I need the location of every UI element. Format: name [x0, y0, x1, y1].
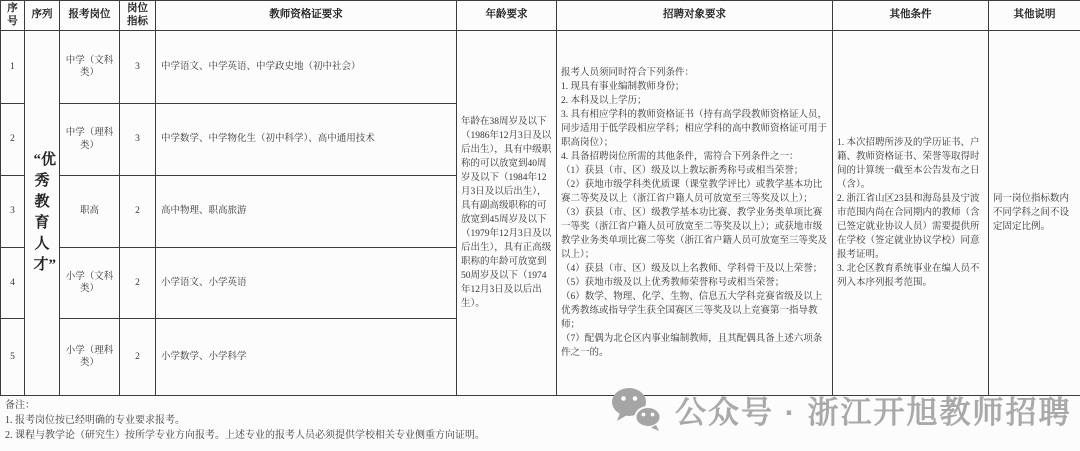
- header-other-notes: 其他说明: [989, 1, 1080, 31]
- cell-serial: 4: [1, 248, 25, 319]
- cell-position: 小学（理科类）: [60, 319, 120, 396]
- header-quota: 岗位指标: [120, 1, 156, 31]
- remark-item-1: 1. 报考岗位按已经明确的专业要求报考。: [5, 413, 485, 428]
- cell-quota: 3: [120, 104, 156, 176]
- cell-cert-requirement: 中学数学、中学物化生（初中科学）、高中通用技术: [156, 104, 457, 176]
- cell-cert-requirement: 高中物理、职高旅游: [156, 176, 457, 248]
- header-other-conditions: 其他条件: [833, 1, 989, 31]
- wechat-icon: [610, 386, 662, 432]
- cell-serial: 1: [1, 31, 25, 104]
- cell-other-conditions: 1. 本次招聘所涉及的学历证书、户籍、教师资格证书、荣誉等取得时间的计算统一截至…: [833, 31, 989, 396]
- cell-serial: 5: [1, 319, 25, 396]
- cell-quota: 2: [120, 248, 156, 319]
- header-target-requirement: 招聘对象要求: [557, 1, 833, 31]
- header-cert-requirement: 教师资格证要求: [156, 1, 457, 31]
- header-position: 报考岗位: [60, 1, 120, 31]
- watermark: 公众号 · 浙江开旭教师招聘: [610, 386, 1072, 432]
- cell-position: 小学（文科类）: [60, 248, 120, 319]
- header-age-requirement: 年龄要求: [457, 1, 557, 31]
- cell-position: 职高: [60, 176, 120, 248]
- cell-quota: 2: [120, 176, 156, 248]
- remark-item-2: 2. 课程与教学论（研究生）按所学专业方向报考。上述专业的报考人员必须提供学校相…: [5, 428, 485, 443]
- remarks-block: 备注： 1. 报考岗位按已经明确的专业要求报考。 2. 课程与教学论（研究生）按…: [5, 398, 485, 443]
- cell-age-requirement: 年龄在38周岁及以下（1986年12月3日及以后出生），具有中级职称的可以放宽到…: [457, 31, 557, 396]
- table-row: 1 “优秀教育人才” 中学（文科类） 3 中学语文、中学英语、中学政史地（初中社…: [1, 31, 1080, 104]
- cell-cert-requirement: 中学语文、中学英语、中学政史地（初中社会）: [156, 31, 457, 104]
- watermark-text: 公众号 · 浙江开旭教师招聘: [675, 387, 1072, 432]
- series-vertical-text: “优秀教育人才”: [34, 150, 51, 276]
- header-serial-number: 序号: [1, 1, 25, 31]
- cell-position: 中学（文科类）: [60, 31, 120, 104]
- cell-cert-requirement: 小学数学、小学科学: [156, 319, 457, 396]
- cell-series-label: “优秀教育人才”: [25, 31, 60, 396]
- cell-position: 中学（理科类）: [60, 104, 120, 176]
- cell-target-requirement: 报考人员须同时符合下列条件： 1. 现具有事业编制教师身份； 2. 本科及以上学…: [557, 31, 833, 396]
- header-row: 序号 序列 报考岗位 岗位指标 教师资格证要求 年龄要求 招聘对象要求 其他条件…: [1, 1, 1080, 31]
- remarks-title: 备注：: [5, 398, 485, 413]
- cell-quota: 3: [120, 31, 156, 104]
- cell-serial: 2: [1, 104, 25, 176]
- cell-serial: 3: [1, 176, 25, 248]
- header-series: 序列: [25, 1, 60, 31]
- recruitment-table: 序号 序列 报考岗位 岗位指标 教师资格证要求 年龄要求 招聘对象要求 其他条件…: [0, 0, 1080, 396]
- recruitment-notice-page: 序号 序列 报考岗位 岗位指标 教师资格证要求 年龄要求 招聘对象要求 其他条件…: [0, 0, 1080, 451]
- cell-quota: 2: [120, 319, 156, 396]
- cell-cert-requirement: 小学语文、小学英语: [156, 248, 457, 319]
- cell-other-notes: 同一岗位指标数内不同学科之间不设定固定比例。: [989, 31, 1080, 396]
